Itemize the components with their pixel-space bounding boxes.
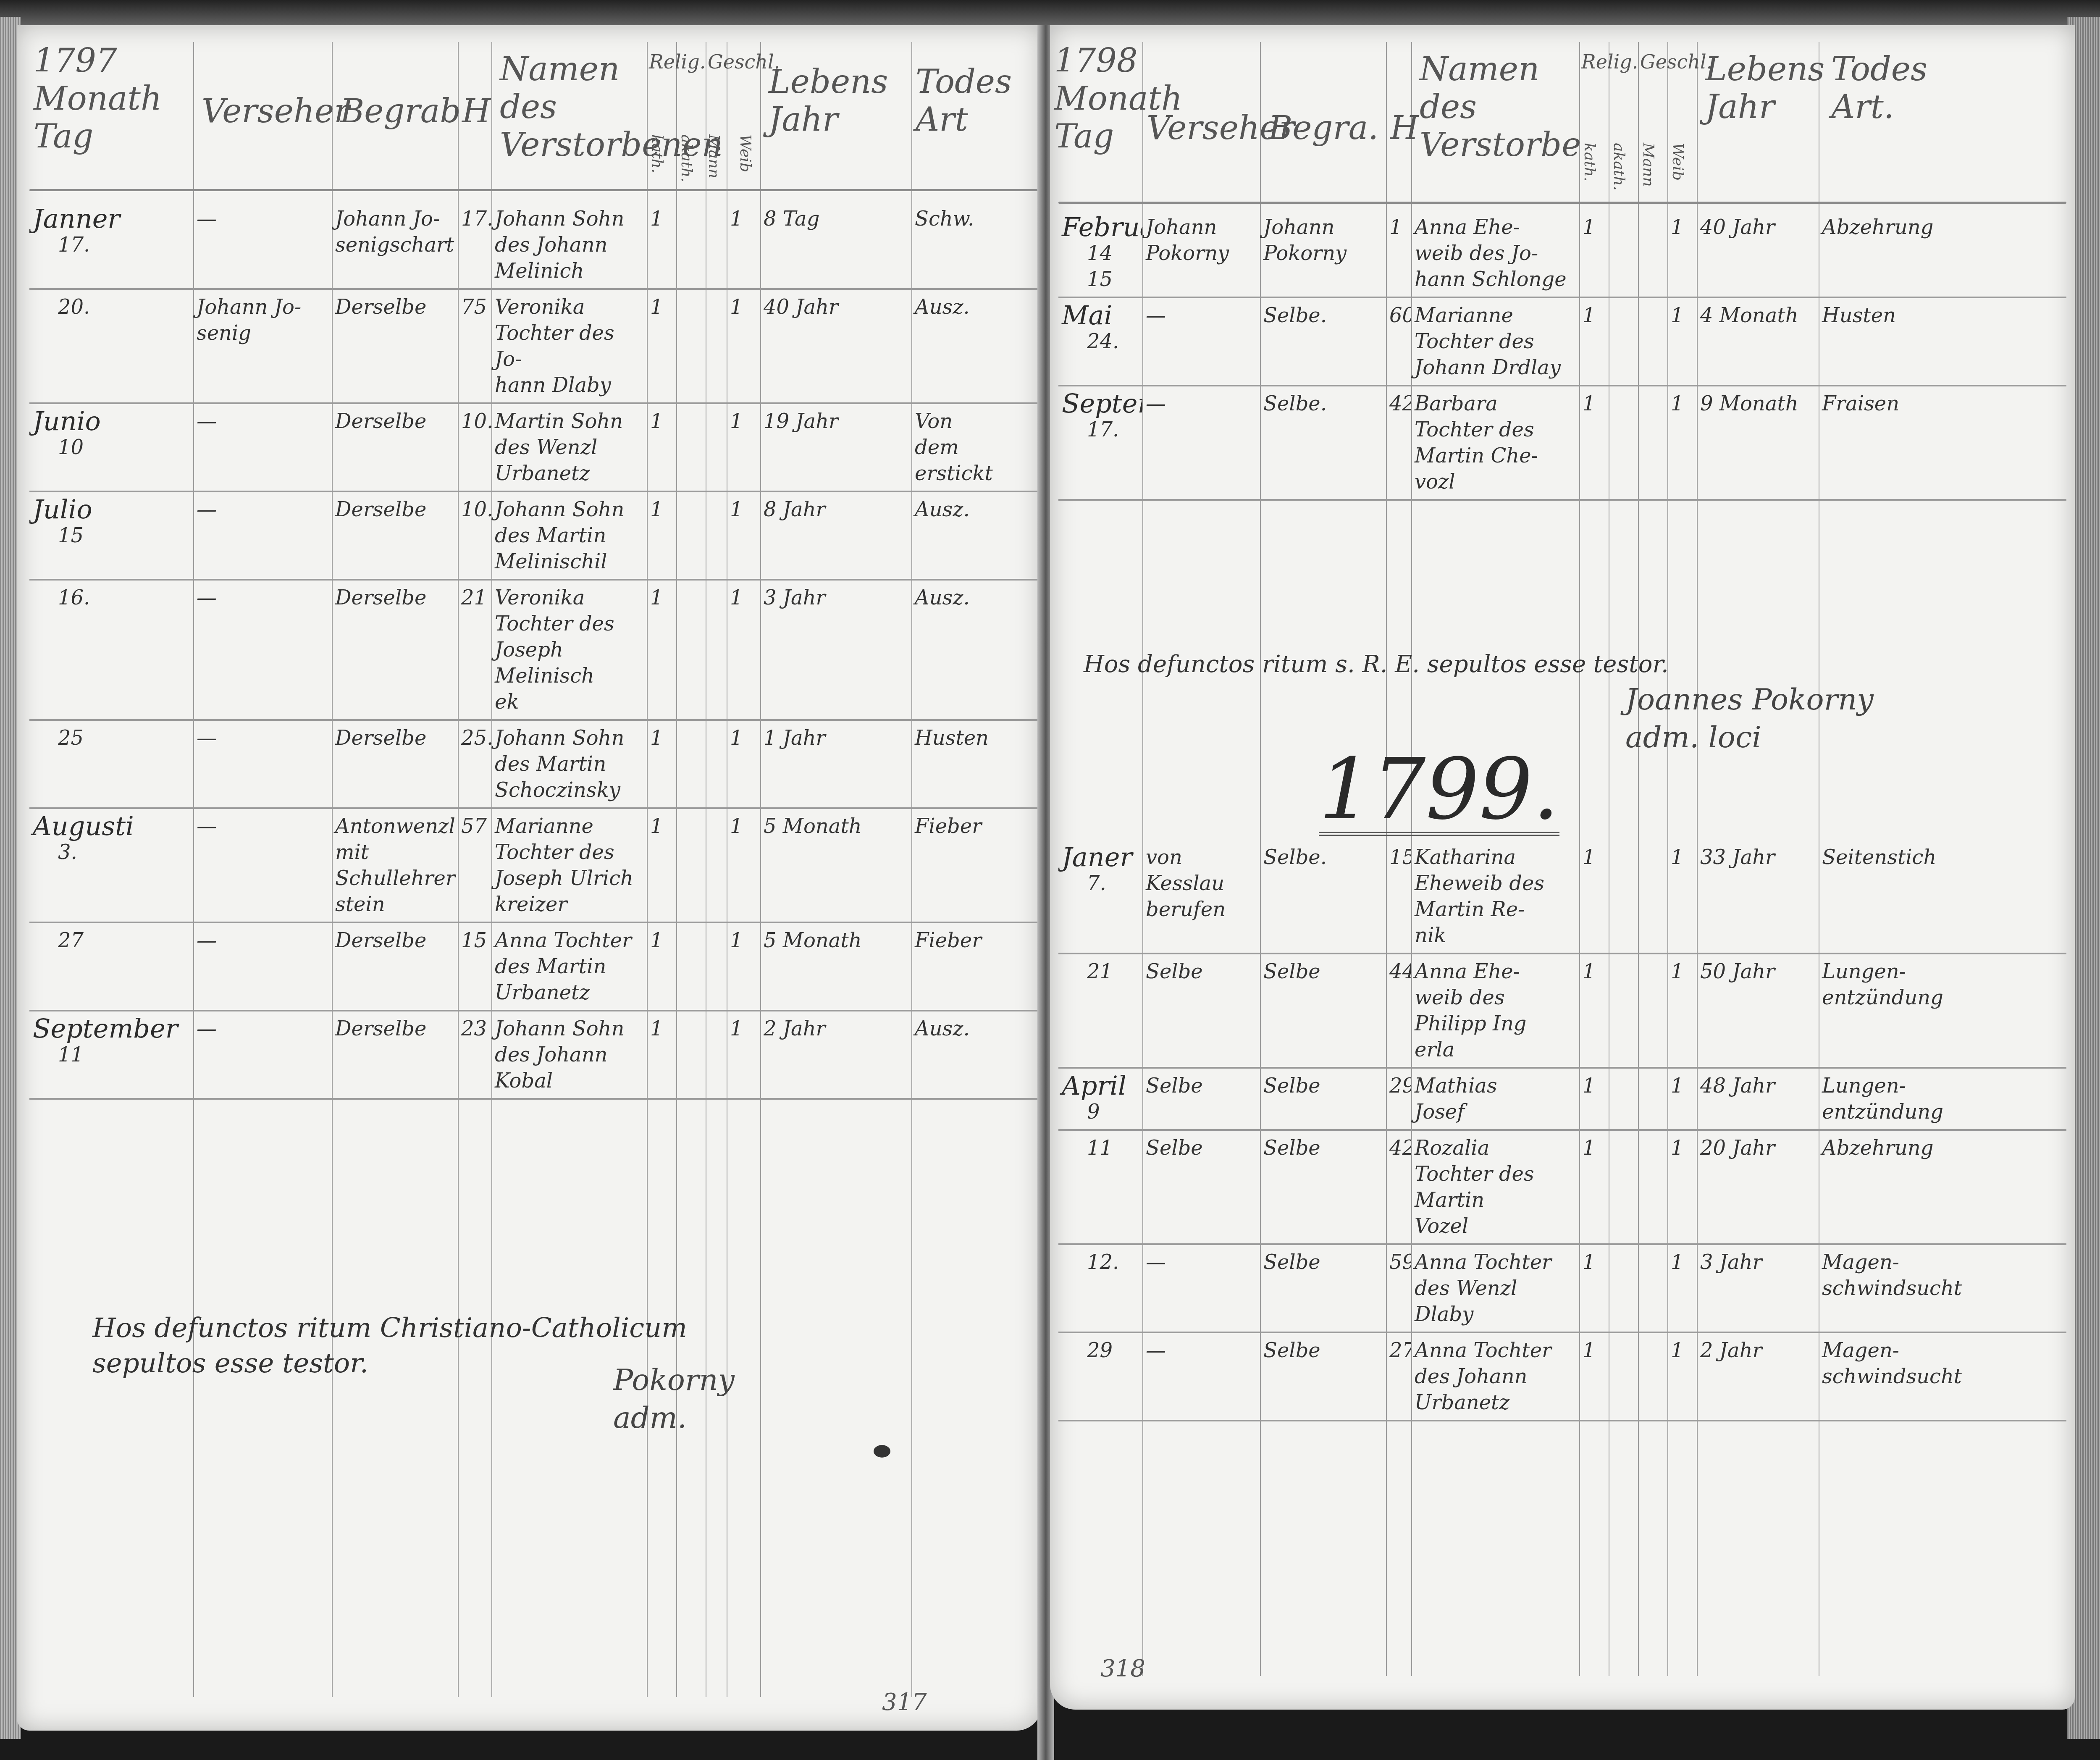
cause-of-death-cell: Fieber xyxy=(911,922,1037,1011)
deceased-name-cell: Anna Tochter des Wenzl Dlaby xyxy=(1411,1244,1579,1332)
religion-kath-cell: 1 xyxy=(647,202,676,289)
age-cell: 2 Jahr xyxy=(760,1011,911,1099)
age-cell: 4 Monath xyxy=(1697,297,1819,386)
register-row: 29—Selbe27Anna Tochter des Johann Urbane… xyxy=(1058,1332,2066,1421)
sex-mann-cell xyxy=(1638,840,1667,954)
sex-weib-cell: 1 xyxy=(727,922,760,1011)
sex-weib-cell: 1 xyxy=(1667,1068,1697,1130)
month-label: Februar xyxy=(1062,214,1139,240)
officiant-cell: — xyxy=(193,403,332,491)
day-label: 14 15 xyxy=(1062,240,1139,292)
sex-mann-cell xyxy=(1638,210,1667,297)
page-number-right: 318 xyxy=(1100,1655,1145,1682)
month-label: Julio xyxy=(33,496,190,523)
register-row: April9SelbeSelbe29Mathias Josef1148 Jahr… xyxy=(1058,1068,2066,1130)
sex-weib-cell: 1 xyxy=(727,808,760,922)
day-label: 24. xyxy=(1062,328,1139,355)
religion-kath-cell: 1 xyxy=(1579,297,1609,386)
house-number-cell: 60. xyxy=(1386,297,1411,386)
religion-kath-cell: 1 xyxy=(1579,1068,1609,1130)
subheader-kath: kath. xyxy=(648,134,666,173)
age-cell: 9 Monath xyxy=(1697,386,1819,500)
register-row: Julio15—Derselbe10.Johann Sohn des Marti… xyxy=(29,491,1037,580)
religion-kath-cell: 1 xyxy=(647,808,676,922)
subheader-akath: akath. xyxy=(678,134,695,182)
religion-kath-cell: 1 xyxy=(1579,210,1609,297)
cause-of-death-cell: Ausz. xyxy=(911,289,1037,403)
day-label: 3. xyxy=(33,839,190,865)
right-page: 1798 Monath Tag Verseher Begra. H Namen … xyxy=(1050,25,2075,1710)
deceased-name-cell: Rozalia Tochter des Martin Vozel xyxy=(1411,1130,1579,1244)
cause-of-death-cell: Seitenstich xyxy=(1819,840,2066,954)
deceased-name-cell: Johann Sohn des Johann Melinich xyxy=(491,202,647,289)
subheader-weib: Weib xyxy=(1669,143,1686,181)
date-cell: 25 xyxy=(29,720,193,808)
deceased-name-cell: Johann Sohn des Johann Kobal xyxy=(491,1011,647,1099)
religion-akath-cell xyxy=(1609,386,1638,500)
officiant-cell: Selbe xyxy=(1142,1130,1260,1244)
burier-cell: Selbe xyxy=(1260,1332,1386,1421)
sex-mann-cell xyxy=(706,808,727,922)
day-label: 17. xyxy=(33,232,190,258)
date-cell: Mai24. xyxy=(1058,297,1142,386)
sex-mann-cell xyxy=(706,289,727,403)
cause-of-death-cell: Lungen- entzündung xyxy=(1819,1068,2066,1130)
house-number-cell: 21 xyxy=(458,580,491,720)
date-cell: Junio10 xyxy=(29,403,193,491)
month-label: Mai xyxy=(1062,302,1139,328)
deceased-name-cell: Johann Sohn des Martin Melinischil xyxy=(491,491,647,580)
burier-cell: Selbe xyxy=(1260,1130,1386,1244)
cause-of-death-cell: Magen- schwindsucht xyxy=(1819,1244,2066,1332)
month-label: April xyxy=(1062,1073,1139,1099)
header-age: Lebens Jahr xyxy=(769,63,888,139)
deceased-name-cell: Veronika Tochter des Jo- hann Dlaby xyxy=(491,289,647,403)
date-cell: Augusti3. xyxy=(29,808,193,922)
age-cell: 20 Jahr xyxy=(1697,1130,1819,1244)
date-cell: 29 xyxy=(1058,1332,1142,1421)
deceased-name-cell: Anna Ehe- weib des Jo- hann Schlonge xyxy=(1411,210,1579,297)
burier-cell: Antonwenzl mit Schullehrer stein xyxy=(332,808,458,922)
cause-of-death-cell: Fieber xyxy=(911,808,1037,922)
day-label: 27 xyxy=(33,927,190,954)
officiant-cell: — xyxy=(193,202,332,289)
day-label: 10 xyxy=(33,434,190,460)
cause-of-death-cell: Fraisen xyxy=(1819,386,2066,500)
deceased-name-cell: Mathias Josef xyxy=(1411,1068,1579,1130)
sex-weib-cell: 1 xyxy=(1667,210,1697,297)
burier-cell: Selbe. xyxy=(1260,297,1386,386)
religion-kath-cell: 1 xyxy=(1579,1244,1609,1332)
religion-akath-cell xyxy=(1609,1244,1638,1332)
officiant-cell: — xyxy=(1142,297,1260,386)
cause-of-death-cell: Ausz. xyxy=(911,1011,1037,1099)
burier-cell: Derselbe xyxy=(332,491,458,580)
month-label: Janner xyxy=(33,206,190,232)
date-cell: September17. xyxy=(1058,386,1142,500)
register-row: 12.—Selbe59Anna Tochter des Wenzl Dlaby1… xyxy=(1058,1244,2066,1332)
age-cell: 33 Jahr xyxy=(1697,840,1819,954)
subheader-mann: Mann xyxy=(705,134,722,179)
header-burier: Begra. xyxy=(1268,109,1378,147)
date-cell: 12. xyxy=(1058,1244,1142,1332)
house-number-cell: 23 xyxy=(458,1011,491,1099)
officiant-cell: — xyxy=(193,922,332,1011)
religion-akath-cell xyxy=(676,403,706,491)
register-row: Mai24.—Selbe.60.Marianne Tochter des Joh… xyxy=(1058,297,2066,386)
house-number-cell: 15 xyxy=(458,922,491,1011)
sex-mann-cell xyxy=(706,202,727,289)
religion-akath-cell xyxy=(1609,840,1638,954)
right-mid-signature: Joannes Pokorny adm. loci xyxy=(1625,680,1874,756)
header-name: Namen des Verstorbe xyxy=(1420,50,1579,164)
header-name: Namen des Verstorbenen xyxy=(500,50,647,164)
religion-kath-cell: 1 xyxy=(1579,1130,1609,1244)
register-row: 20.Johann Jo- senigDerselbe75Veronika To… xyxy=(29,289,1037,403)
left-page: 1797 Monath Tag Verseher Begrab H Namen … xyxy=(17,25,1042,1731)
header-cause: Todes Art. xyxy=(1831,50,1927,126)
register-row: 25—Derselbe25.Johann Sohn des Martin Sch… xyxy=(29,720,1037,808)
cause-of-death-cell: Abzehrung xyxy=(1819,210,2066,297)
header-house: H xyxy=(1390,109,1419,147)
sex-weib-cell: 1 xyxy=(1667,386,1697,500)
sex-weib-cell: 1 xyxy=(727,580,760,720)
sex-mann-cell xyxy=(706,403,727,491)
sex-mann-cell xyxy=(706,922,727,1011)
age-cell: 8 Jahr xyxy=(760,491,911,580)
header-sex: Geschl. xyxy=(1640,50,1712,73)
register-row: Janer7.von Kesslau berufenSelbe.15Kathar… xyxy=(1058,840,2066,954)
header-religion: Relig. xyxy=(649,50,706,73)
house-number-cell: 10. xyxy=(458,403,491,491)
religion-akath-cell xyxy=(1609,1332,1638,1421)
sex-weib-cell: 1 xyxy=(727,1011,760,1099)
deceased-name-cell: Anna Ehe- weib des Philipp Ing erla xyxy=(1411,954,1579,1068)
officiant-cell: Johann Pokorny xyxy=(1142,210,1260,297)
religion-kath-cell: 1 xyxy=(647,720,676,808)
religion-kath-cell: 1 xyxy=(647,922,676,1011)
header-cause: Todes Art xyxy=(916,63,1012,139)
age-cell: 2 Jahr xyxy=(1697,1332,1819,1421)
cause-of-death-cell: Von dem erstickt xyxy=(911,403,1037,491)
religion-akath-cell xyxy=(1609,1068,1638,1130)
sex-weib-cell: 1 xyxy=(727,491,760,580)
month-label: Junio xyxy=(33,408,190,434)
subheader-weib: Weib xyxy=(737,134,754,172)
house-number-cell: 15 xyxy=(1386,840,1411,954)
religion-akath-cell xyxy=(1609,1130,1638,1244)
burier-cell: Johann Pokorny xyxy=(1260,210,1386,297)
subheader-akath: akath. xyxy=(1610,143,1627,191)
cause-of-death-cell: Magen- schwindsucht xyxy=(1819,1332,2066,1421)
burier-cell: Derselbe xyxy=(332,403,458,491)
sex-weib-cell: 1 xyxy=(1667,840,1697,954)
officiant-cell: Selbe xyxy=(1142,1068,1260,1130)
right-register-table-1798: Februar14 15Johann PokornyJohann Pokorny… xyxy=(1058,210,2066,501)
left-closing-note: Hos defunctos ritum Christiano-Catholicu… xyxy=(92,1311,687,1381)
burier-cell: Selbe xyxy=(1260,1244,1386,1332)
date-cell: 21 xyxy=(1058,954,1142,1068)
religion-kath-cell: 1 xyxy=(647,403,676,491)
date-cell: 16. xyxy=(29,580,193,720)
sex-mann-cell xyxy=(1638,1130,1667,1244)
age-cell: 1 Jahr xyxy=(760,720,911,808)
deceased-name-cell: Veronika Tochter des Joseph Melinisch ek xyxy=(491,580,647,720)
register-row: 16.—Derselbe21Veronika Tochter des Josep… xyxy=(29,580,1037,720)
house-number-cell: 59 xyxy=(1386,1244,1411,1332)
sex-mann-cell xyxy=(1638,1244,1667,1332)
day-label: 17. xyxy=(1062,417,1139,443)
house-number-cell: 42. xyxy=(1386,386,1411,500)
sex-mann-cell xyxy=(1638,297,1667,386)
religion-kath-cell: 1 xyxy=(1579,1332,1609,1421)
house-number-cell: 10. xyxy=(458,491,491,580)
deceased-name-cell: Marianne Tochter des Johann Drdlay xyxy=(1411,297,1579,386)
day-label: 21 xyxy=(1062,959,1139,985)
day-label: 7. xyxy=(1062,870,1139,896)
officiant-cell: — xyxy=(1142,1332,1260,1421)
deceased-name-cell: Martin Sohn des Wenzl Urbanetz xyxy=(491,403,647,491)
officiant-cell: — xyxy=(1142,1244,1260,1332)
sex-weib-cell: 1 xyxy=(1667,1332,1697,1421)
sex-mann-cell xyxy=(1638,1068,1667,1130)
burier-cell: Derselbe xyxy=(332,289,458,403)
religion-kath-cell: 1 xyxy=(647,289,676,403)
religion-akath-cell xyxy=(676,922,706,1011)
day-label: 29 xyxy=(1062,1337,1139,1363)
day-label: 9 xyxy=(1062,1099,1139,1125)
month-label: September xyxy=(33,1016,190,1042)
house-number-cell: 57 xyxy=(458,808,491,922)
religion-akath-cell xyxy=(676,580,706,720)
year-heading-1799: 1799. xyxy=(1319,748,1559,836)
sex-mann-cell xyxy=(1638,386,1667,500)
subheader-mann: Mann xyxy=(1640,143,1657,187)
religion-akath-cell xyxy=(676,289,706,403)
religion-akath-cell xyxy=(676,491,706,580)
officiant-cell: — xyxy=(1142,386,1260,500)
sex-mann-cell xyxy=(706,491,727,580)
religion-akath-cell xyxy=(1609,210,1638,297)
register-row: September11—Derselbe23Johann Sohn des Jo… xyxy=(29,1011,1037,1099)
date-cell: 11 xyxy=(1058,1130,1142,1244)
officiant-cell: — xyxy=(193,1011,332,1099)
day-label: 12. xyxy=(1062,1249,1139,1275)
house-number-cell: 75 xyxy=(458,289,491,403)
age-cell: 40 Jahr xyxy=(1697,210,1819,297)
sex-mann-cell xyxy=(706,720,727,808)
age-cell: 5 Monath xyxy=(760,808,911,922)
religion-akath-cell xyxy=(676,1011,706,1099)
date-cell: Julio15 xyxy=(29,491,193,580)
age-cell: 5 Monath xyxy=(760,922,911,1011)
officiant-cell: Johann Jo- senig xyxy=(193,289,332,403)
burier-cell: Derselbe xyxy=(332,580,458,720)
day-label: 11 xyxy=(33,1042,190,1068)
house-number-cell: 44 xyxy=(1386,954,1411,1068)
register-row: Februar14 15Johann PokornyJohann Pokorny… xyxy=(1058,210,2066,297)
burier-cell: Johann Jo- senigschart xyxy=(332,202,458,289)
house-number-cell: 17. xyxy=(458,202,491,289)
religion-kath-cell: 1 xyxy=(1579,840,1609,954)
burier-cell: Selbe. xyxy=(1260,840,1386,954)
age-cell: 40 Jahr xyxy=(760,289,911,403)
deceased-name-cell: Marianne Tochter des Joseph Ulrich kreiz… xyxy=(491,808,647,922)
cause-of-death-cell: Ausz. xyxy=(911,580,1037,720)
deceased-name-cell: Anna Tochter des Johann Urbanetz xyxy=(1411,1332,1579,1421)
house-number-cell: 42 xyxy=(1386,1130,1411,1244)
month-label: Janer xyxy=(1062,844,1139,870)
cause-of-death-cell: Husten xyxy=(911,720,1037,808)
date-cell: Janner17. xyxy=(29,202,193,289)
burier-cell: Selbe xyxy=(1260,1068,1386,1130)
burier-cell: Derselbe xyxy=(332,922,458,1011)
sex-weib-cell: 1 xyxy=(1667,1244,1697,1332)
header-date: 1797 Monath Tag xyxy=(34,42,162,155)
age-cell: 3 Jahr xyxy=(760,580,911,720)
day-label: 11 xyxy=(1062,1135,1139,1161)
religion-akath-cell xyxy=(1609,297,1638,386)
register-row: 21SelbeSelbe44Anna Ehe- weib des Philipp… xyxy=(1058,954,2066,1068)
age-cell: 19 Jahr xyxy=(760,403,911,491)
date-cell: Februar14 15 xyxy=(1058,210,1142,297)
day-label: 15 xyxy=(33,523,190,549)
day-label: 16. xyxy=(33,585,190,611)
sex-weib-cell: 1 xyxy=(727,720,760,808)
sex-weib-cell: 1 xyxy=(1667,1130,1697,1244)
right-mid-note: Hos defunctos ritum s. R. E. sepultos es… xyxy=(1084,647,1669,682)
officiant-cell: — xyxy=(193,808,332,922)
cause-of-death-cell: Husten xyxy=(1819,297,2066,386)
day-label: 20. xyxy=(33,294,190,320)
register-row: Junio10—Derselbe10.Martin Sohn des Wenzl… xyxy=(29,403,1037,491)
religion-akath-cell xyxy=(1609,954,1638,1068)
month-label: Augusti xyxy=(33,813,190,839)
left-signature: Pokorny adm. xyxy=(613,1361,735,1437)
deceased-name-cell: Barbara Tochter des Martin Che- vozl xyxy=(1411,386,1579,500)
officiant-cell: — xyxy=(193,580,332,720)
officiant-cell: — xyxy=(193,720,332,808)
officiant-cell: von Kesslau berufen xyxy=(1142,840,1260,954)
burier-cell: Derselbe xyxy=(332,720,458,808)
cause-of-death-cell: Abzehrung xyxy=(1819,1130,2066,1244)
register-row: September17.—Selbe.42.Barbara Tochter de… xyxy=(1058,386,2066,500)
age-cell: 48 Jahr xyxy=(1697,1068,1819,1130)
sex-mann-cell xyxy=(1638,954,1667,1068)
religion-akath-cell xyxy=(676,808,706,922)
sex-mann-cell xyxy=(1638,1332,1667,1421)
sex-weib-cell: 1 xyxy=(1667,954,1697,1068)
page-number-left: 317 xyxy=(882,1689,927,1716)
sex-weib-cell: 1 xyxy=(1667,297,1697,386)
officiant-cell: Selbe xyxy=(1142,954,1260,1068)
sex-weib-cell: 1 xyxy=(727,403,760,491)
deceased-name-cell: Anna Tochter des Martin Urbanetz xyxy=(491,922,647,1011)
house-number-cell: 29 xyxy=(1386,1068,1411,1130)
date-cell: April9 xyxy=(1058,1068,1142,1130)
age-cell: 3 Jahr xyxy=(1697,1244,1819,1332)
header-burier: Begrab xyxy=(340,92,461,130)
religion-akath-cell xyxy=(676,202,706,289)
header-age: Lebens Jahr xyxy=(1705,50,1824,126)
date-cell: 27 xyxy=(29,922,193,1011)
cause-of-death-cell: Lungen- entzündung xyxy=(1819,954,2066,1068)
sex-weib-cell: 1 xyxy=(727,202,760,289)
register-row: Janner17.—Johann Jo- senigschart17.Johan… xyxy=(29,202,1037,289)
month-label: September xyxy=(1062,391,1139,417)
age-cell: 8 Tag xyxy=(760,202,911,289)
sex-weib-cell: 1 xyxy=(727,289,760,403)
religion-akath-cell xyxy=(676,720,706,808)
register-row: 27—Derselbe15Anna Tochter des Martin Urb… xyxy=(29,922,1037,1011)
cause-of-death-cell: Schw. xyxy=(911,202,1037,289)
day-label: 25 xyxy=(33,725,190,751)
deceased-name-cell: Katharina Eheweib des Martin Re- nik xyxy=(1411,840,1579,954)
burier-cell: Derselbe xyxy=(332,1011,458,1099)
sex-mann-cell xyxy=(706,1011,727,1099)
religion-kath-cell: 1 xyxy=(1579,954,1609,1068)
religion-kath-cell: 1 xyxy=(647,580,676,720)
deceased-name-cell: Johann Sohn des Martin Schoczinsky xyxy=(491,720,647,808)
date-cell: September11 xyxy=(29,1011,193,1099)
date-cell: Janer7. xyxy=(1058,840,1142,954)
header-house: H xyxy=(462,92,491,130)
register-row: Augusti3.—Antonwenzl mit Schullehrer ste… xyxy=(29,808,1037,922)
religion-kath-cell: 1 xyxy=(1579,386,1609,500)
burier-cell: Selbe. xyxy=(1260,386,1386,500)
header-religion: Relig. xyxy=(1581,50,1638,73)
officiant-cell: — xyxy=(193,491,332,580)
left-register-table: Janner17.—Johann Jo- senigschart17.Johan… xyxy=(29,202,1037,1100)
religion-kath-cell: 1 xyxy=(647,1011,676,1099)
date-cell: 20. xyxy=(29,289,193,403)
religion-kath-cell: 1 xyxy=(647,491,676,580)
house-number-cell: 1 xyxy=(1386,210,1411,297)
cause-of-death-cell: Ausz. xyxy=(911,491,1037,580)
house-number-cell: 27 xyxy=(1386,1332,1411,1421)
age-cell: 50 Jahr xyxy=(1697,954,1819,1068)
subheader-kath: kath. xyxy=(1581,143,1598,181)
ink-blot xyxy=(874,1445,890,1458)
header-officiant: Verseher xyxy=(202,92,350,130)
sex-mann-cell xyxy=(706,580,727,720)
register-row: 11SelbeSelbe42Rozalia Tochter des Martin… xyxy=(1058,1130,2066,1244)
right-register-table-1799: Janer7.von Kesslau berufenSelbe.15Kathar… xyxy=(1058,840,2066,1421)
house-number-cell: 25. xyxy=(458,720,491,808)
burier-cell: Selbe xyxy=(1260,954,1386,1068)
